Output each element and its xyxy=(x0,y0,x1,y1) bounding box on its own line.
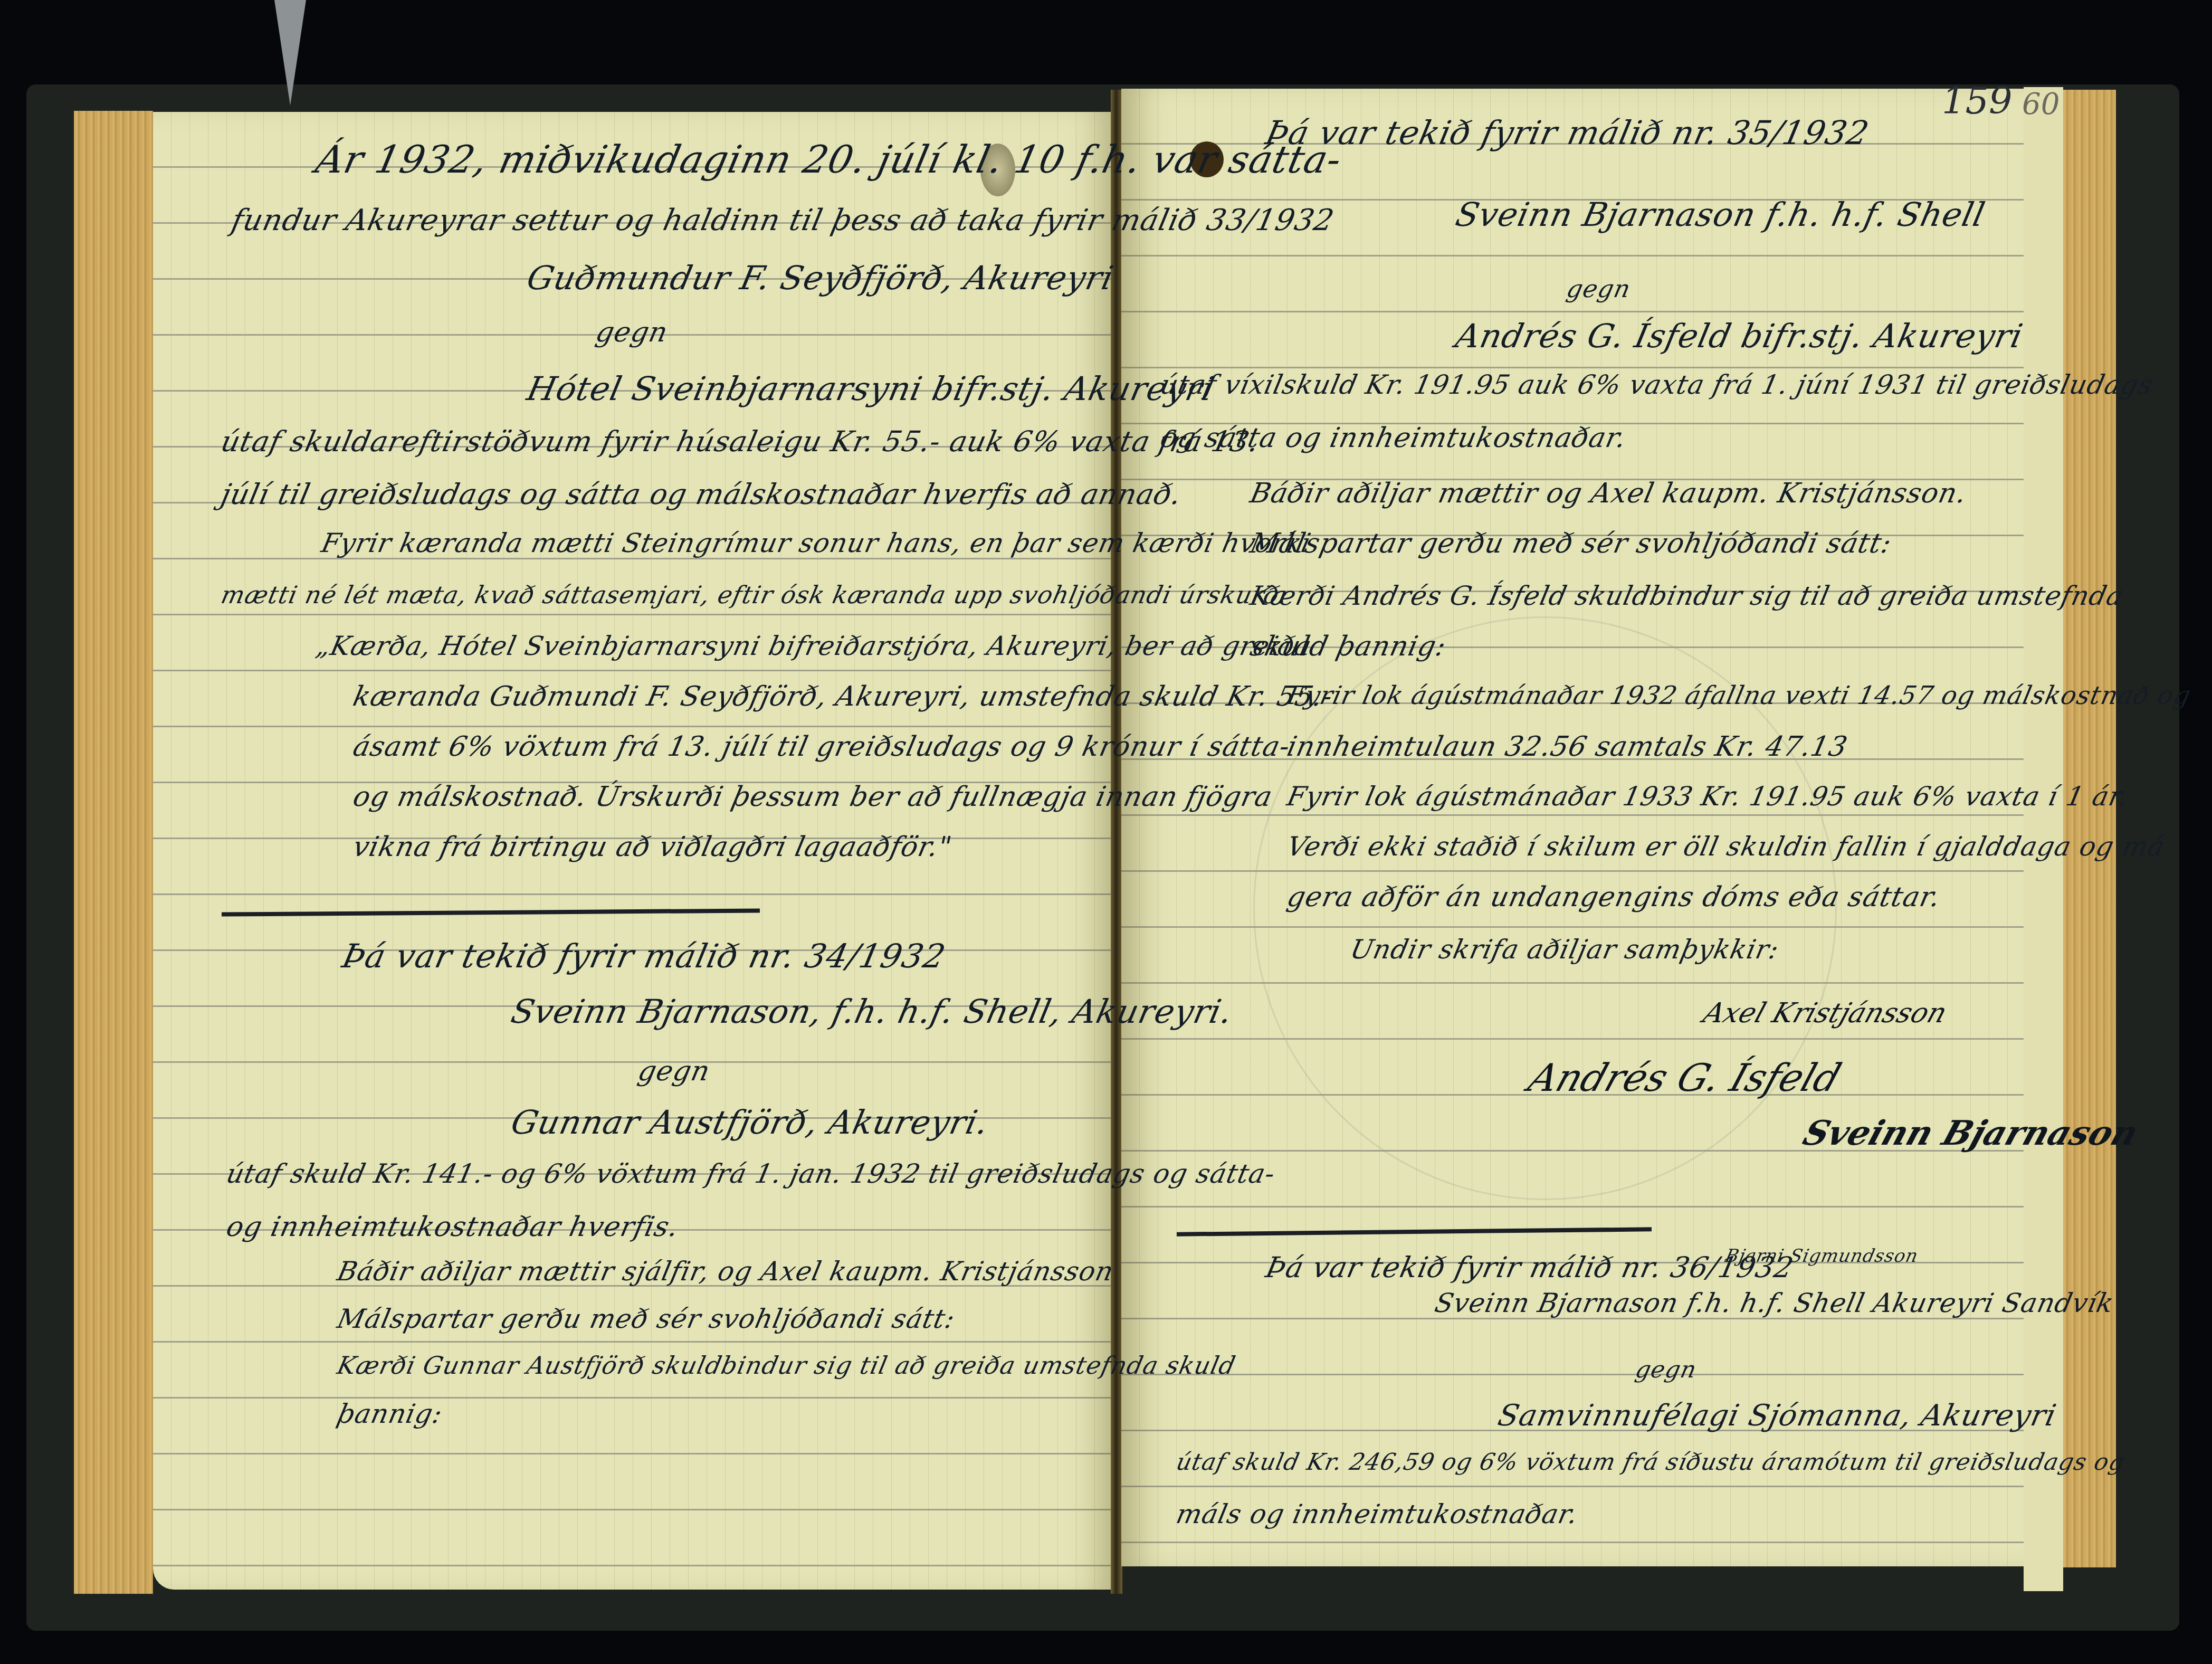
entry-line: Ár 1932, miðvikudaginn 20. júlí kl. 10 f… xyxy=(312,137,1346,182)
entry-line: „Kærða, Hótel Sveinbjarnarsyni bifreiðar… xyxy=(313,631,1314,661)
entry-line: ásamt 6% vöxtum frá 13. júlí til greiðsl… xyxy=(350,731,1293,763)
entry-line: júlí til greiðsludags og sátta og málsko… xyxy=(218,478,1185,511)
party-plaintiff: Sveinn Bjarnason, f.h. h.f. Shell, Akure… xyxy=(508,992,1236,1031)
entry-line: gera aðför án undangengins dóms eða sátt… xyxy=(1284,881,1943,913)
entry-line: og sátta og innheimtukostnaðar. xyxy=(1158,422,1629,454)
party-plaintiff: Sveinn Bjarnason f.h. h.f. Shell xyxy=(1452,195,1989,234)
entry-line: Undir skrifa aðiljar samþykkir: xyxy=(1348,934,1782,965)
party-defendant: Samvinnufélagi Sjómanna, Akureyri xyxy=(1495,1399,2060,1433)
party-plaintiff: Sveinn Bjarnason f.h. h.f. Shell Akureyr… xyxy=(1432,1288,2117,1318)
entry-line: Kærði Andrés G. Ísfeld skuldbindur sig t… xyxy=(1247,581,2127,611)
party-defendant: Hótel Sveinbjarnarsyni bifr.stj. Akureyr… xyxy=(523,369,1217,408)
signature-sveinn-bjarnason: Sveinn Bjarnason xyxy=(1798,1114,2143,1153)
entry-line: útaf víxilskuld Kr. 191.95 auk 6% vaxta … xyxy=(1158,369,2156,400)
party-plaintiff: Guðmundur F. Seyðfjörð, Akureyri xyxy=(523,259,1117,297)
entry-line: innheimtulaun 32.56 samtals Kr. 47.13 xyxy=(1284,731,1851,763)
entry-line: Þá var tekið fyrir málið nr. 36/1932 xyxy=(1263,1251,1797,1284)
entry-line: fundur Akureyrar settur og haldinn til þ… xyxy=(228,203,1337,237)
entry-line: Báðir aðiljar mættir og Axel kaupm. Kris… xyxy=(1247,478,1970,509)
inserted-party-name: Bjarni Sigmundsson xyxy=(1723,1245,1920,1267)
signature-axel-kristjansson: Axel Kristjánsson xyxy=(1699,997,1951,1029)
party-defendant: Gunnar Austfjörð, Akureyri. xyxy=(508,1103,992,1142)
entry-line: skuld þannig: xyxy=(1247,631,1450,662)
entry-line: Fyrir lok ágústmánaðar 1932 áfallna vext… xyxy=(1284,681,2194,710)
gegn-label: gegn xyxy=(635,1056,713,1087)
entry-line: máls og innheimtukostnaðar. xyxy=(1174,1499,1581,1529)
entry-line: útaf skuld Kr. 246,59 og 6% vöxtum frá s… xyxy=(1174,1449,2128,1476)
entry-line: Málspartar gerðu með sér svohljóðandi sá… xyxy=(335,1304,958,1334)
page-number: 159 xyxy=(1942,79,2013,122)
entry-line: og innheimtukostnaðar hverfis. xyxy=(224,1211,682,1243)
entry-line: kæranda Guðmundi F. Seyðfjörð, Akureyri,… xyxy=(350,681,1336,712)
right-page xyxy=(1121,89,2050,1566)
party-defendant: Andrés G. Ísfeld bifr.stj. Akureyri xyxy=(1452,317,2026,355)
next-page-number-partial: 60 xyxy=(2022,87,2060,121)
gegn-label: gegn xyxy=(1633,1356,1700,1383)
entry-line: Fyrir lok ágústmánaðar 1933 Kr. 191.95 a… xyxy=(1284,781,2132,812)
entry-line: útaf skuld Kr. 141.- og 6% vöxtum frá 1.… xyxy=(224,1158,1278,1189)
entry-line: mætti né lét mæta, kvað sáttasemjari, ef… xyxy=(218,581,1291,609)
entry-line: þannig: xyxy=(335,1399,445,1429)
entry-line: Þá var tekið fyrir málið nr. 35/1932 xyxy=(1262,113,1872,152)
entry-line: Fyrir kæranda mætti Steingrímur sonur ha… xyxy=(319,528,1314,558)
entry-line: Kærði Gunnar Austfjörð skuldbindur sig t… xyxy=(335,1351,1238,1380)
gegn-label: gegn xyxy=(593,317,671,348)
entry-line: vikna frá birtingu að viðlagðri lagaaðfö… xyxy=(350,831,955,863)
left-page-edges xyxy=(74,111,153,1594)
entry-line: og málskostnað. Úrskurði þessum ber að f… xyxy=(350,781,1275,813)
gegn-label: gegn xyxy=(1564,274,1633,303)
entry-line: Þá var tekið fyrir málið nr. 34/1932 xyxy=(339,937,949,975)
entry-line: Báðir aðiljar mættir sjálfir, og Axel ka… xyxy=(335,1256,1117,1287)
entry-line: Verði ekki staðið í skilum er öll skuldi… xyxy=(1284,831,2168,862)
entry-line: Málspartar gerðu með sér svohljóðandi sá… xyxy=(1247,528,1895,559)
letter-opener-blade xyxy=(274,0,306,106)
entry-line: útaf skuldareftirstöðvum fyrir húsaleigu… xyxy=(218,425,1262,458)
signature-andres-isfeld: Andrés G. Ísfeld xyxy=(1523,1056,1846,1100)
